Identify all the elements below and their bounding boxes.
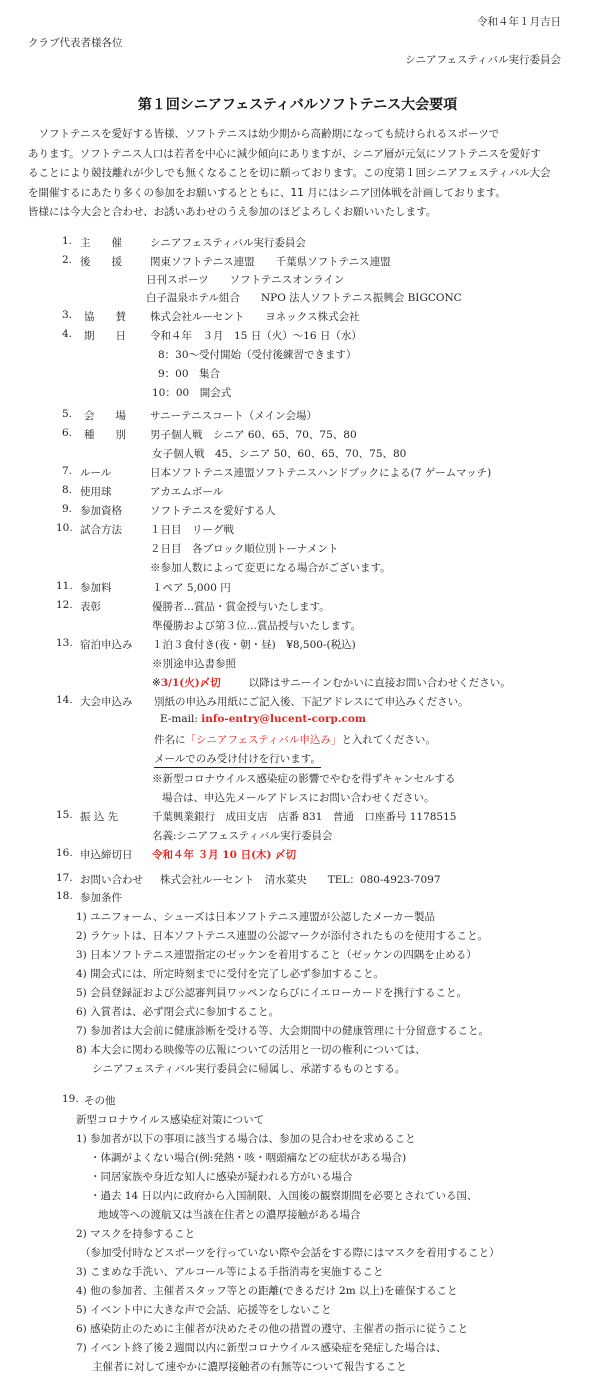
measure: ・過去 14 日以内に政府から入国制限、入国後の観察期間を必要とされている国、 [90,1188,478,1203]
lodging-deadline-note: 以降はサニーインむかいに直接お問い合わせください。 [249,677,511,689]
item-number: 7. [62,465,72,477]
item-value: 白子温泉ホテル組合 NPO 法人ソフトテニス振興会 BIGCONC [146,290,462,305]
document-date: 令和４年１月吉日 [477,14,561,29]
item-label: 表彰 [80,599,101,614]
item-number: 13. [56,637,73,649]
item-value: ※別途申込書参照 [152,656,236,671]
item-number: 10. [56,522,73,534]
intro-line: ソフトテニスを愛好する皆様、ソフトテニスは幼少期から高齢期になっても続けられるス… [28,125,573,145]
item-value: 関東ソフトテニス連盟 千葉県ソフトテニス連盟 [150,254,391,269]
condition: 4) 開会式には、所定時刻までに受付を完了し必ず参加すること。 [76,966,384,981]
item-value: 10：00 開会式 [152,385,231,400]
item-label: ルール [80,465,111,480]
sender: シニアフェスティバル実行委員会 [405,52,561,67]
recipient: クラブ代表者様各位 [28,35,123,50]
subject-prefix: 件名に [154,734,186,746]
item-value: アカエムボール [150,484,223,499]
item-value: 令和４年 ３月 15 日（火）～16 日（水） [150,328,362,343]
item-value: ※参加人数によって変更になる場合がございます。 [150,560,391,575]
measure: 5) イベント中に大きな声で会話、応援等をしないこと [76,1302,332,1317]
item-value: 8：30～受付開始（受付後練習できます） [158,347,357,362]
item-label: その他 [84,1093,116,1108]
measure: 4) 他の参加者、主催者スタッフ等との距離(できるだけ 2m 以上)を確保するこ… [76,1283,458,1298]
item-number: 5. [62,408,72,420]
item-label: 主 催 [80,235,122,250]
mail-only-notice: メールでのみ受け付けを行います。 [154,751,321,768]
intro-paragraph: ソフトテニスを愛好する皆様、ソフトテニスは幼少期から高齢期になっても続けられるス… [28,125,573,223]
measure: 3) こまめな手洗い、アルコール等による手指消毒を実施すること [76,1264,383,1279]
item-label: 使用球 [80,484,112,499]
item-value: 株式会社ルーセント 清水菜央 TEL：080-4923-7097 [160,872,441,887]
measure: 地域等への渡航又は当該在住者との濃厚接触がある場合 [98,1207,361,1222]
item-label: 宿泊申込み [80,637,133,652]
item-number: 16. [56,847,73,859]
condition: 7) 参加者は大会前に健康診断を受ける等、大会期間中の健康管理に十分留意すること… [76,1023,489,1038]
item-value: 優勝者…賞品・賞金授与いたします。 [152,599,330,614]
item-number: 1. [62,235,72,247]
item-number: 2. [62,254,72,266]
item-number: 18. [56,890,73,902]
item-label: 申込締切日 [80,847,133,862]
item-number: 6. [62,427,72,439]
item-number: 11. [56,580,73,592]
item-value: 千葉興業銀行 成田支店 店番 831 普通 口座番号 1178515 [152,809,456,824]
item-label: 期 日 [84,328,126,343]
email-line: E-mail: info-entry@lucent-corp.com [160,713,366,725]
cancel-note: ※新型コロナウイルス感染症の影響でやむを得ずキャンセルする [152,771,455,786]
email-link[interactable]: info-entry@lucent-corp.com [201,713,366,725]
item-label: 大会申込み [80,694,133,709]
item-label: 協 賛 [84,309,126,324]
condition: 1) ユニフォーム、シューズは日本ソフトテニス連盟が公認したメーカー製品 [76,909,435,924]
intro-line: あります。ソフトテニス人口は若者を中心に減少傾向にありますが、シニア層が元気にソ… [28,145,573,165]
item-label: 参加条件 [80,890,122,905]
measure: 6) 感染防止のために主催者が決めたその他の措置の遵守、主催者の指示に従うこと [76,1321,468,1336]
measure: 1) 参加者が以下の事項に該当する場合は、参加の見合わせを求めること [76,1131,416,1146]
item-value: 名義:シニアフェスティバル実行委員会 [152,828,332,843]
item-value: 日刊スポーツ ソフトテニスオンライン [146,272,344,287]
item-number: 15. [56,809,73,821]
item-value: シニアフェスティバル実行委員会 [150,235,306,250]
lodging-deadline-line: ※3/1(火)〆切以降はサニーインむかいに直接お問い合わせください。 [152,675,511,690]
item-value: ソフトテニスを愛好する人 [150,503,276,518]
cancel-note: 場合は、申込先メールアドレスにお問い合わせください。 [162,790,434,805]
note-mark: ※ [152,677,161,689]
item-label: 会 場 [84,408,126,423]
lodging-deadline: 3/1(火)〆切 [161,677,221,689]
item-value: １ペア 5,000 円 [152,580,231,595]
item-number: 4. [62,328,72,340]
intro-line: 皆様には今大会と合わせ、お誘いあわせのうえ参加のほどよろしくお願いいたします。 [28,203,573,223]
measure: ・同居家族や身近な知人に感染が疑われる方がいる場合 [90,1169,353,1184]
item-number: 9. [62,503,72,515]
item-label: 参加料 [80,580,112,595]
intro-line: ることにより競技離れが少しでも無くなることを切に願っております。この度第１回シニ… [28,164,573,184]
condition: 2) ラケットは、日本ソフトテニス連盟の公認マークが添付されたものを使用すること… [76,928,488,943]
subject-line: 件名に「シニアフェスティバル申込み」と入れてください。 [154,732,436,747]
subject-suffix: と入れてください。 [341,734,436,746]
item-number: 8. [62,484,72,496]
condition: 8) 本大会に関わる映像等の広報についての活用と一切の権利については、 [76,1042,426,1057]
email-label: E-mail: [160,713,198,725]
item-number: 3. [62,309,72,321]
condition: シニアフェスティバル実行委員会に帰属し、承諾するものとする。 [92,1061,405,1076]
item-value: １泊３食付き(夜・朝・昼) ¥8,500-(税込) [152,637,356,652]
item-value: サニーテニスコート（メイン会場） [150,408,317,423]
item-label: 試合方法 [80,522,122,537]
item-value: 女子個人戦 45、シニア 50、60、65、70、75、80 [152,446,406,461]
item-label: 後 援 [80,254,122,269]
item-value: 準優勝および第３位…賞品授与いたします。 [152,618,361,633]
condition: 3) 日本ソフトテニス連盟指定のゼッケンを着用すること（ゼッケンの四隅を止める） [76,947,477,962]
item-number: 14. [56,694,73,706]
item-value: 9：00 集合 [158,366,220,381]
item-value: 株式会社ルーセント ヨネックス株式会社 [150,309,360,324]
item-value: ２日目 各ブロック順位別トーナメント [150,541,338,556]
subject-text: 「シニアフェスティバル申込み」 [186,734,342,746]
section-subtitle: 新型コロナウイルス感染症対策について [76,1112,264,1127]
measure: 2) マスクを持参すること [76,1226,195,1241]
measure: （参加受付時などスポーツを行っていない際や会話をする際にはマスクを着用すること） [80,1245,500,1260]
item-value: １日目 リーグ戦 [150,522,234,537]
item-value: 男子個人戦 シニア 60、65、70、75、80 [150,427,357,442]
item-label: 参加資格 [80,503,122,518]
item-number: 19. [62,1093,79,1105]
item-label: 種 別 [84,427,126,442]
document-title: 第１回シニアフェスティバルソフトテニス大会要項 [0,94,595,114]
measure: 主催者に対して速やかに濃厚接触者の有無等について報告すること [92,1359,407,1374]
condition: 6) 入賞者は、必ず閉会式に参加すること。 [76,1004,279,1019]
deadline-value: 令和４年 ３月 10 日(木) 〆切 [152,847,296,862]
measure: ・体調がよくない場合(例:発熱・咳・咽頭痛などの症状がある場合) [90,1150,406,1165]
item-value: 日本ソフトテニス連盟ソフトテニスハンドブックによる(7 ゲームマッチ) [150,465,491,480]
item-label: お問い合わせ [80,872,143,887]
item-label: 振 込 先 [80,809,118,824]
item-number: 12. [56,599,73,611]
item-number: 17. [56,872,73,884]
item-value: 別紙の申込み用紙にご記入後、下記アドレスにて申込みください。 [154,694,469,709]
measure: 7) イベント終了後２週間以内に新型コロナウイルス感染症を発症した場合は、 [76,1340,446,1355]
condition: 5) 会員登録証および公認審判員ワッペンならびにイエローカードを携行すること。 [76,985,467,1000]
intro-line: を開催するにあたり多くの参加をお願いするとともに、11 月にはシニア団体戦を計画… [28,184,573,204]
